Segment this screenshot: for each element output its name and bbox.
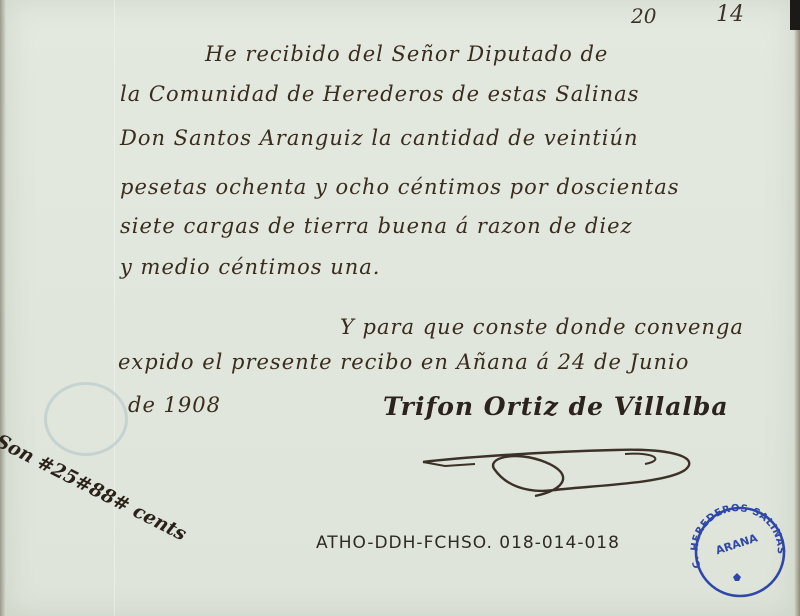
closing-line: expido el presente recibo en Añana á 24 … bbox=[118, 350, 689, 374]
archive-reference: ATHO-DDH-FCHSO. 018-014-018 bbox=[316, 533, 620, 553]
stamp-center-text: ARANA bbox=[714, 531, 760, 557]
faded-stamp-impression bbox=[44, 382, 128, 456]
folio-number-right: 14 bbox=[716, 2, 744, 27]
society-stamp: C. HEREDEROS SALINAS ARANA bbox=[685, 497, 795, 607]
body-line: pesetas ochenta y ocho céntimos por dosc… bbox=[120, 175, 680, 199]
body-line: siete cargas de tierra buena á razon de … bbox=[120, 214, 633, 238]
signature: Trifon Ortiz de Villalba bbox=[383, 392, 729, 421]
body-line: y medio céntimos una. bbox=[120, 255, 380, 279]
body-line: Don Santos Aranguiz la cantidad de veint… bbox=[120, 126, 639, 150]
body-line: He recibido del Señor Diputado de bbox=[205, 42, 608, 66]
folio-number-left: 20 bbox=[631, 4, 656, 28]
scan-corner bbox=[790, 0, 800, 30]
date-year-line: de 1908 bbox=[128, 393, 221, 417]
body-line: la Comunidad de Herederos de estas Salin… bbox=[120, 82, 639, 106]
stamp-ornament-icon bbox=[733, 573, 741, 581]
signature-rubric bbox=[415, 440, 705, 500]
closing-line: Y para que conste donde convenga bbox=[340, 315, 744, 339]
paper-fold-line bbox=[114, 0, 115, 616]
